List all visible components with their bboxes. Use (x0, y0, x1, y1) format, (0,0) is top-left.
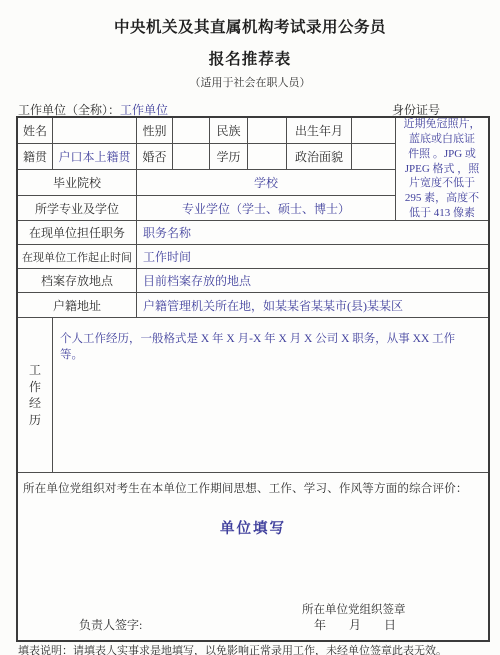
work-period-value-cell[interactable]: 工作时间 (137, 245, 488, 269)
page-title: 中央机关及其直属机构考试录用公务员 (0, 15, 500, 37)
work-experience-label: 工作经历 (18, 318, 53, 473)
major-degree-label: 所学专业及学位 (18, 196, 137, 221)
work-experience-area[interactable]: 个人工作经历，一般格式是 X 年 X 月-X 年 X 月 X 公司 X 职务，从… (53, 318, 488, 473)
marital-value-cell[interactable] (173, 144, 210, 170)
org-seal-label: 所在单位党组织签章 (302, 601, 406, 617)
form-table: 姓名 性别 民族 出生年月 近期免冠照片， 蓝底或白底证 件照 。JPG 或 J… (16, 116, 490, 642)
native-place-label: 籍贯 (18, 144, 53, 170)
native-place-value-cell[interactable]: 户口本上籍贯 (53, 144, 137, 170)
ethnicity-value-cell[interactable] (248, 118, 287, 144)
school-label: 毕业院校 (18, 170, 137, 196)
work-unit-label: 工作单位（全称）： (18, 103, 120, 117)
name-label: 姓名 (18, 118, 53, 144)
political-status-value-cell[interactable] (352, 144, 396, 170)
current-position-label: 在现单位担任职务 (18, 221, 137, 245)
date-label: 年 月 日 (314, 616, 396, 633)
work-period-label: 在现单位工作起止时间 (18, 245, 137, 269)
ethnicity-label: 民族 (210, 118, 248, 144)
major-degree-value-cell[interactable]: 专业学位（学士、硕士、博士） (137, 196, 396, 221)
form-title: 报名推荐表 (0, 47, 500, 69)
signer-label: 负责人签字: (79, 616, 142, 633)
marital-label: 婚否 (137, 144, 173, 170)
birthdate-label: 出生年月 (287, 118, 352, 144)
archive-location-label: 档案存放地点 (18, 269, 137, 293)
residence-address-label: 户籍地址 (18, 293, 137, 318)
work-unit-value[interactable]: 工作单位 (120, 103, 168, 117)
applicability-note: （适用于社会在职人员） (0, 74, 500, 90)
residence-address-value-cell[interactable]: 户籍管理机关所在地，如某某省某某市(县)某某区 (137, 293, 488, 318)
evaluation-header: 所在单位党组织对考生在本单位工作期间思想、工作、学习、作风等方面的综合评价： (23, 480, 484, 496)
school-value-cell[interactable]: 学校 (137, 170, 396, 196)
photo-instructions-box[interactable]: 近期免冠照片， 蓝底或白底证 件照 。JPG 或 JPEG 格式 ，照 片宽度不… (396, 118, 488, 221)
name-value-cell[interactable] (53, 118, 137, 144)
archive-location-value-cell[interactable]: 目前档案存放的地点 (137, 269, 488, 293)
footer-note: 填表说明：请填表人实事求是地填写，以免影响正常录用工作，未经单位签章此表无效。 (18, 642, 447, 655)
evaluation-section: 所在单位党组织对考生在本单位工作期间思想、工作、学习、作风等方面的综合评价： 单… (18, 473, 488, 640)
work-experience-label-text: 工作经历 (29, 362, 42, 428)
gender-value-cell[interactable] (173, 118, 210, 144)
education-label: 学历 (210, 144, 248, 170)
political-status-label: 政治面貌 (287, 144, 352, 170)
evaluation-placeholder[interactable]: 单位填写 (18, 517, 488, 538)
gender-label: 性别 (137, 118, 173, 144)
birthdate-value-cell[interactable] (352, 118, 396, 144)
education-value-cell[interactable] (248, 144, 287, 170)
current-position-value-cell[interactable]: 职务名称 (137, 221, 488, 245)
